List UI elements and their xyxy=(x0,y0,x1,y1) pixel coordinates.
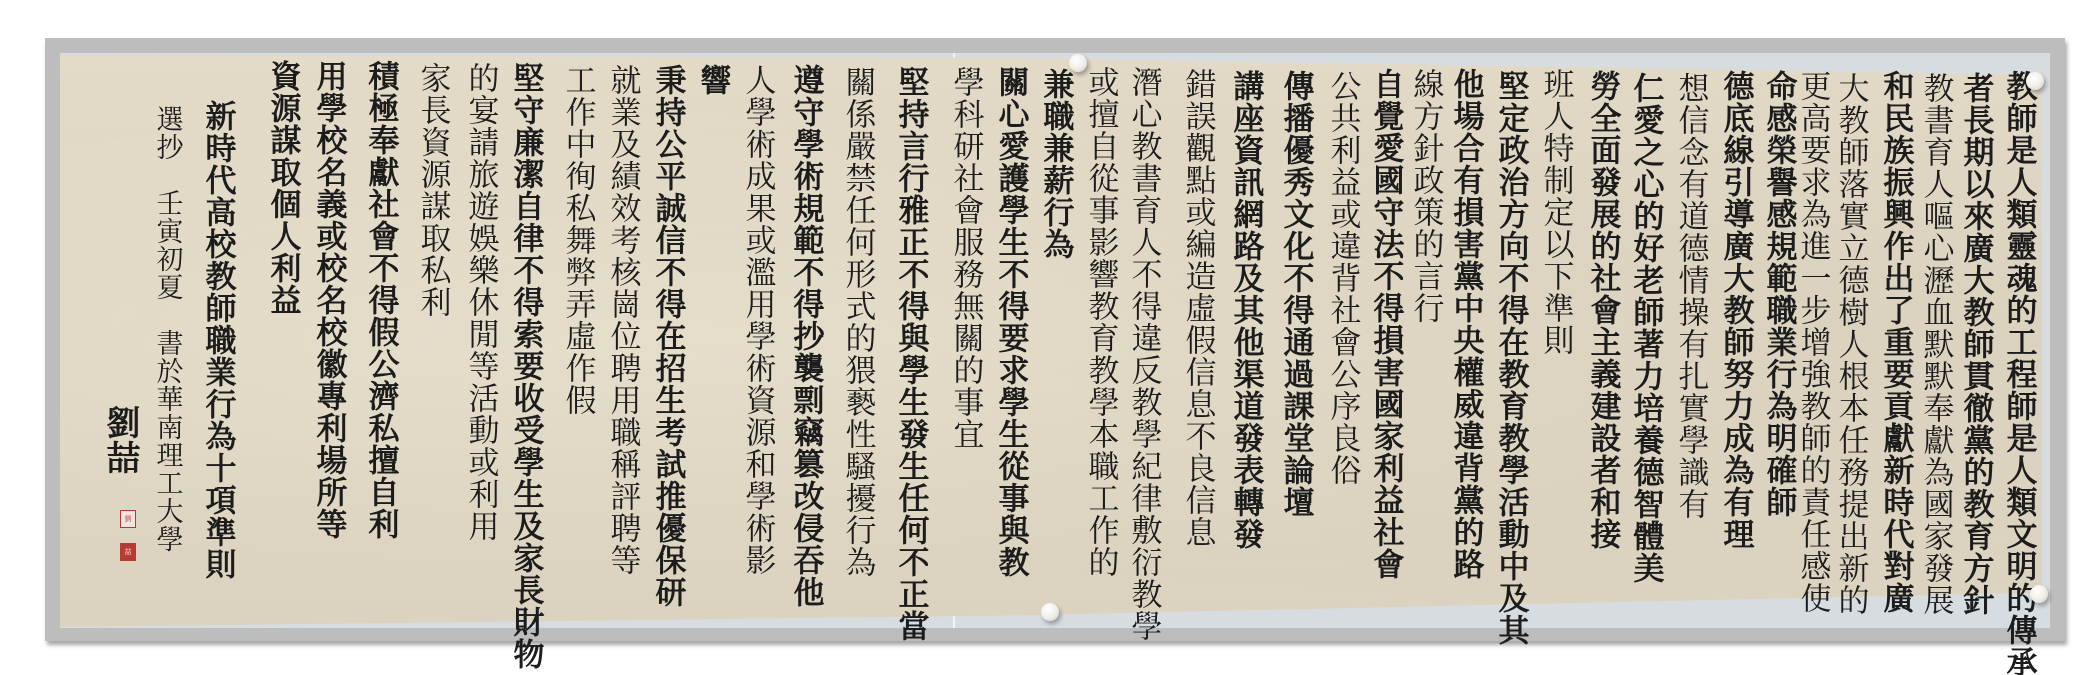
text-column: 就業及績效考核崗位聘用職稱評聘等 xyxy=(607,64,638,576)
text-column: 仁愛之心的好老師著力培養德智體美 xyxy=(1630,72,1661,584)
text-column: 錯誤觀點或編造虛假信息不良信息 xyxy=(1182,68,1213,548)
text-column: 德底線引導廣大教師努力成為有理 xyxy=(1720,70,1751,550)
text-column: 勞全面發展的社會主義建設者和接 xyxy=(1587,70,1618,550)
seal-stamp: 劉 xyxy=(120,510,136,528)
text-column: 教書育人嘔心瀝血默默奉獻為國家發展 xyxy=(1920,72,1951,616)
text-column: 更高要求為進一步增強教師的責任感使 xyxy=(1797,70,1828,614)
text-column: 或擅自從事影響教育教學本職工作的 xyxy=(1085,66,1116,578)
text-column: 他場合有損害黨中央權威違背黨的路 xyxy=(1450,68,1481,580)
text-column: 用學校名義或校名校徽專利場所等 xyxy=(313,60,344,540)
text-column: 關心愛護學生不得要求學生從事與教 xyxy=(995,66,1026,578)
text-column: 學科研社會服務無關的事宜 xyxy=(950,66,981,450)
pushpin-icon xyxy=(1041,603,1059,621)
pushpin-icon xyxy=(2030,585,2048,603)
pushpin-icon xyxy=(1069,54,1087,72)
text-column: 大教師落實立德樹人根本任務提出新的 xyxy=(1835,72,1866,616)
seal-stamp: 喆 xyxy=(120,543,136,561)
text-column: 秉持公平誠信不得在招生考試推優保研 xyxy=(652,64,683,608)
text-column: 的宴請旅遊娛樂休閒等活動或利用 xyxy=(465,62,496,542)
signature: 劉喆 xyxy=(103,405,137,475)
text-column: 講座資訊網路及其他渠道發表轉發 xyxy=(1230,70,1261,550)
text-column: 資源謀取個人利益 xyxy=(267,60,298,316)
text-column: 堅守廉潔自律不得索要收受學生及家長財物 xyxy=(510,62,541,670)
text-column: 教師是人類靈魂的工程師是人類文明的傳承 xyxy=(2003,70,2034,675)
text-column: 家長資源謀取私利 xyxy=(417,62,448,318)
text-column: 積極奉獻社會不得假公濟私擅自利 xyxy=(365,60,396,540)
text-column: 公共利益或違背社會公序良俗 xyxy=(1327,70,1358,486)
pushpin-icon xyxy=(2026,72,2044,90)
text-column: 人學術成果或濫用學術資源和學術影 xyxy=(742,64,773,576)
text-column: 和民族振興作出了重要貢獻新時代對廣 xyxy=(1880,70,1911,614)
scroll-title: 新時代高校教師職業行為十項準則 xyxy=(202,100,233,580)
inscription: 選抄 壬寅初夏 書於華南理工大學 xyxy=(154,105,181,553)
text-column: 關係嚴禁任何形式的猥褻性騷擾行為 xyxy=(842,66,873,578)
text-column: 兼職兼薪行為 xyxy=(1040,68,1071,260)
text-column: 線方針政策的言行 xyxy=(1410,68,1441,324)
text-column: 班人特制定以下準則 xyxy=(1540,68,1571,356)
text-column: 堅定政治方向不得在教育教學活動中及其 xyxy=(1495,70,1526,646)
text-column: 工作中徇私舞弊弄虛作假 xyxy=(562,64,593,416)
text-column: 者長期以來廣大教師貫徹黨的教育方針 xyxy=(1960,72,1991,616)
text-column: 堅持言行雅正不得與學生發生任何不正當 xyxy=(895,66,926,642)
text-column: 傳播優秀文化不得通過課堂論壇 xyxy=(1280,70,1311,518)
text-column: 命感榮譽感規範職業行為明確師 xyxy=(1763,70,1794,518)
text-column: 遵守學術規範不得抄襲剽竊篡改侵吞他 xyxy=(790,64,821,608)
text-column: 自覺愛國守法不得損害國家利益社會 xyxy=(1370,68,1401,580)
text-column: 潛心教書育人不得違反教學紀律敷衍教學 xyxy=(1128,66,1159,642)
text-column: 響 xyxy=(697,64,728,96)
text-column: 想信念有道德情操有扎實學識有 xyxy=(1675,72,1706,520)
